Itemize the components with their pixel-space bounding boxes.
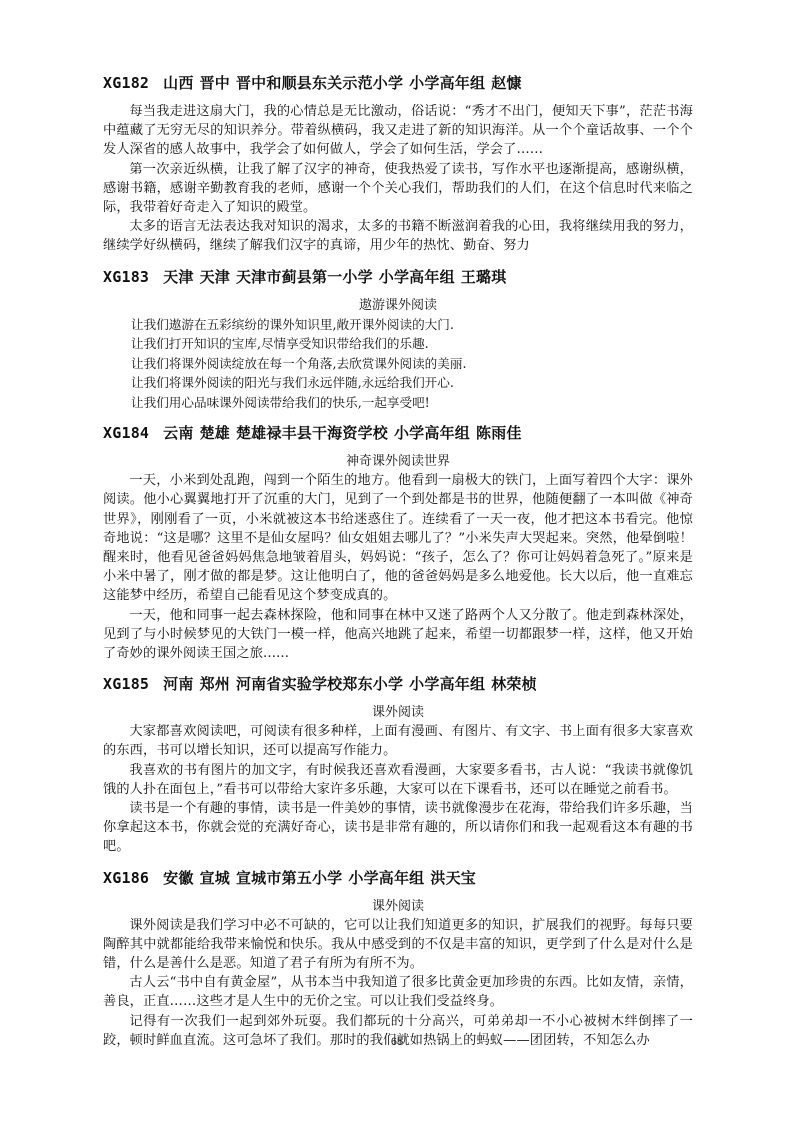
entry-school: 宣城市第五小学 [236,869,342,887]
page-number: 65 [0,1036,794,1048]
entry-city: 楚雄 [200,424,230,442]
entry-author: 王璐琪 [461,268,507,286]
essay-title: 课外阅读 [103,897,693,916]
poem-line: 让我们将课外阅读绽放在每一个角落,去欣赏课外阅读的美丽. [103,354,693,374]
paragraph: 每当我走进这扇大门，我的心情总是无比激动，俗话说：“秀才不出门，便知天下事”，茫… [103,102,693,160]
entry-city: 宣城 [200,869,230,887]
entry-xg184: XG184云南楚雄楚雄禄丰县干海资学校小学高年组陈雨佳 神奇课外阅读世界 一天，… [103,422,693,663]
entry-author: 林荣桢 [491,675,537,693]
entry-author: 洪天宝 [430,869,476,887]
entry-group: 小学高年组 [409,74,485,92]
entry-heading: XG183天津天津天津市蓟县第一小学小学高年组王璐琪 [103,266,693,288]
entry-author: 赵慷 [491,74,521,92]
entry-xg186: XG186安徽宣城宣城市第五小学小学高年组洪天宝 课外阅读 课外阅读是我们学习中… [103,867,693,1050]
entry-province: 云南 [163,424,193,442]
entry-group: 小学高年组 [394,424,470,442]
document-page: XG182山西晋中晋中和顺县东关示范小学小学高年组赵慷 每当我走进这扇大门，我的… [103,72,693,1060]
entry-school: 楚雄禄丰县干海资学校 [236,424,388,442]
entry-heading: XG182山西晋中晋中和顺县东关示范小学小学高年组赵慷 [103,72,693,94]
entry-group: 小学高年组 [348,869,424,887]
entry-city: 天津 [200,268,230,286]
entry-xg182: XG182山西晋中晋中和顺县东关示范小学小学高年组赵慷 每当我走进这扇大门，我的… [103,72,693,256]
poem-line: 让我们打开知识的宝库,尽情享受知识带给我们的乐趣. [103,334,693,354]
entry-province: 天津 [163,268,193,286]
paragraph: 读书是一个有趣的事情，读书是一件美妙的事情，读书就像漫步在花海，带给我们许多乐趣… [103,799,693,857]
entry-school: 晋中和顺县东关示范小学 [236,74,403,92]
poem-line: 让我们用心品味课外阅读带给我们的快乐,一起享受吧! [103,393,693,413]
entry-code: XG184 [103,424,149,442]
essay-title: 遨游课外阅读 [103,296,693,315]
essay-title: 神奇课外阅读世界 [103,452,693,471]
paragraph: 一天，他和同事一起去森林探险，他和同事在林中又迷了路两个人又分散了。他走到森林深… [103,606,693,664]
entry-code: XG185 [103,675,149,693]
entry-province: 河南 [163,675,193,693]
entry-school: 河南省实验学校郑东小学 [236,675,403,693]
entry-group: 小学高年组 [409,675,485,693]
entry-province: 山西 [163,74,193,92]
paragraph: 第一次亲近纵横，让我了解了汉字的神奇，使我热爱了读书，写作水平也逐渐提高，感谢纵… [103,160,693,218]
paragraph: 大家都喜欢阅读吧，可阅读有很多种样，上面有漫画、有图片、有文字、书上面有很多大家… [103,722,693,760]
poem-line: 让我们将课外阅读的阳光与我们永远伴随,永远给我们开心. [103,373,693,393]
entry-heading: XG185河南郑州河南省实验学校郑东小学小学高年组林荣桢 [103,673,693,695]
entry-code: XG186 [103,869,149,887]
entry-heading: XG186安徽宣城宣城市第五小学小学高年组洪天宝 [103,867,693,889]
entry-code: XG182 [103,74,149,92]
essay-title: 课外阅读 [103,703,693,722]
entry-author: 陈雨佳 [476,424,522,442]
entry-xg185: XG185河南郑州河南省实验学校郑东小学小学高年组林荣桢 课外阅读 大家都喜欢阅… [103,673,693,856]
entry-code: XG183 [103,268,149,286]
entry-group: 小学高年组 [379,268,455,286]
poem-line: 让我们遨游在五彩缤纷的课外知识里,敞开课外阅读的大门. [103,315,693,335]
entry-province: 安徽 [163,869,193,887]
entry-city: 郑州 [200,675,230,693]
paragraph: 课外阅读是我们学习中必不可缺的，它可以让我们知道更多的知识，扩展我们的视野。每每… [103,916,693,974]
paragraph: 一天，小米到处乱跑，闯到一个陌生的地方。他看到一扇极大的铁门，上面写着四个大字：… [103,471,693,605]
entry-city: 晋中 [200,74,230,92]
entry-xg183: XG183天津天津天津市蓟县第一小学小学高年组王璐琪 遨游课外阅读 让我们遨游在… [103,266,693,413]
paragraph: 古人云“书中自有黄金屋”，从书本当中我知道了很多比黄金更加珍贵的东西。比如友情，… [103,973,693,1011]
paragraph: 我喜欢的书有图片的加文字，有时候我还喜欢看漫画，大家要多看书，古人说：“我读书就… [103,761,693,799]
entry-school: 天津市蓟县第一小学 [236,268,373,286]
paragraph: 太多的语言无法表达我对知识的渴求，太多的书籍不断滋润着我的心田，我将继续用我的努… [103,217,693,255]
entry-heading: XG184云南楚雄楚雄禄丰县干海资学校小学高年组陈雨佳 [103,422,693,444]
